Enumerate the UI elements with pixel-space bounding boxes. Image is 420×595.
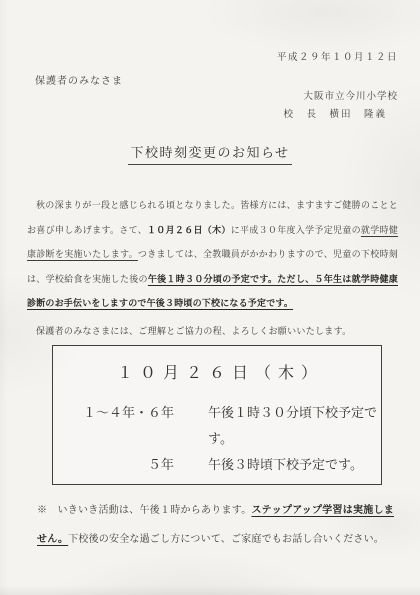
text-run: に平成３０年度入学予定児童の (231, 225, 361, 235)
school-name: 大阪市立今川小学校 (283, 88, 398, 102)
grade-label: １～４年・６年 (53, 400, 174, 452)
text-run: 下校後の安全な過ごし方について、ご家庭でもお話し合いください。 (68, 534, 384, 545)
schedule-row: １～４年・６年 午後１時３０分頃下校予定です。 (53, 400, 381, 452)
schedule-box: １０月２６日（木） １～４年・６年 午後１時３０分頃下校予定です。 ５年 午後３… (52, 345, 382, 485)
schedule-date-heading: １０月２６日（木） (53, 360, 381, 383)
schedule-rows: １～４年・６年 午後１時３０分頃下校予定です。 ５年 午後３時頃下校予定です。 (53, 400, 381, 478)
document-date: 平成２９年１０月１２日 (277, 49, 398, 63)
sender-block: 大阪市立今川小学校 校 長 横田 隆義 (283, 88, 398, 120)
schedule-row: ５年 午後３時頃下校予定です。 (53, 452, 381, 478)
scanned-notice-page: 平成２９年１０月１２日 保護者のみなさま 大阪市立今川小学校 校 長 横田 隆義… (0, 0, 420, 595)
text-run: ※ いきいき活動は、午後１時からあります。 (37, 505, 251, 516)
closing-paragraph: 保護者のみなさまには、ご理解とご協力の程、よろしくお願いいたします。 (27, 324, 398, 337)
dismissal-time: 午後３時頃下校予定です。 (208, 452, 381, 478)
principal-name: 校 長 横田 隆義 (283, 106, 398, 120)
text-run: １０月２６日（木） (147, 225, 231, 235)
addressee: 保護者のみなさま (35, 72, 123, 87)
body-paragraph: 秋の深まりが一段と感じられる頃となりました。皆様方には、ますますご健勝のこととお… (27, 193, 398, 316)
dismissal-time: 午後１時３０分頃下校予定です。 (208, 400, 381, 452)
title-row: 下校時刻変更のお知らせ (0, 142, 420, 165)
document-title: 下校時刻変更のお知らせ (128, 142, 291, 165)
footnote: ※ いきいき活動は、午後１時からあります。ステップアップ学習は実施しません。下校… (37, 496, 394, 554)
grade-label: ５年 (53, 452, 174, 478)
